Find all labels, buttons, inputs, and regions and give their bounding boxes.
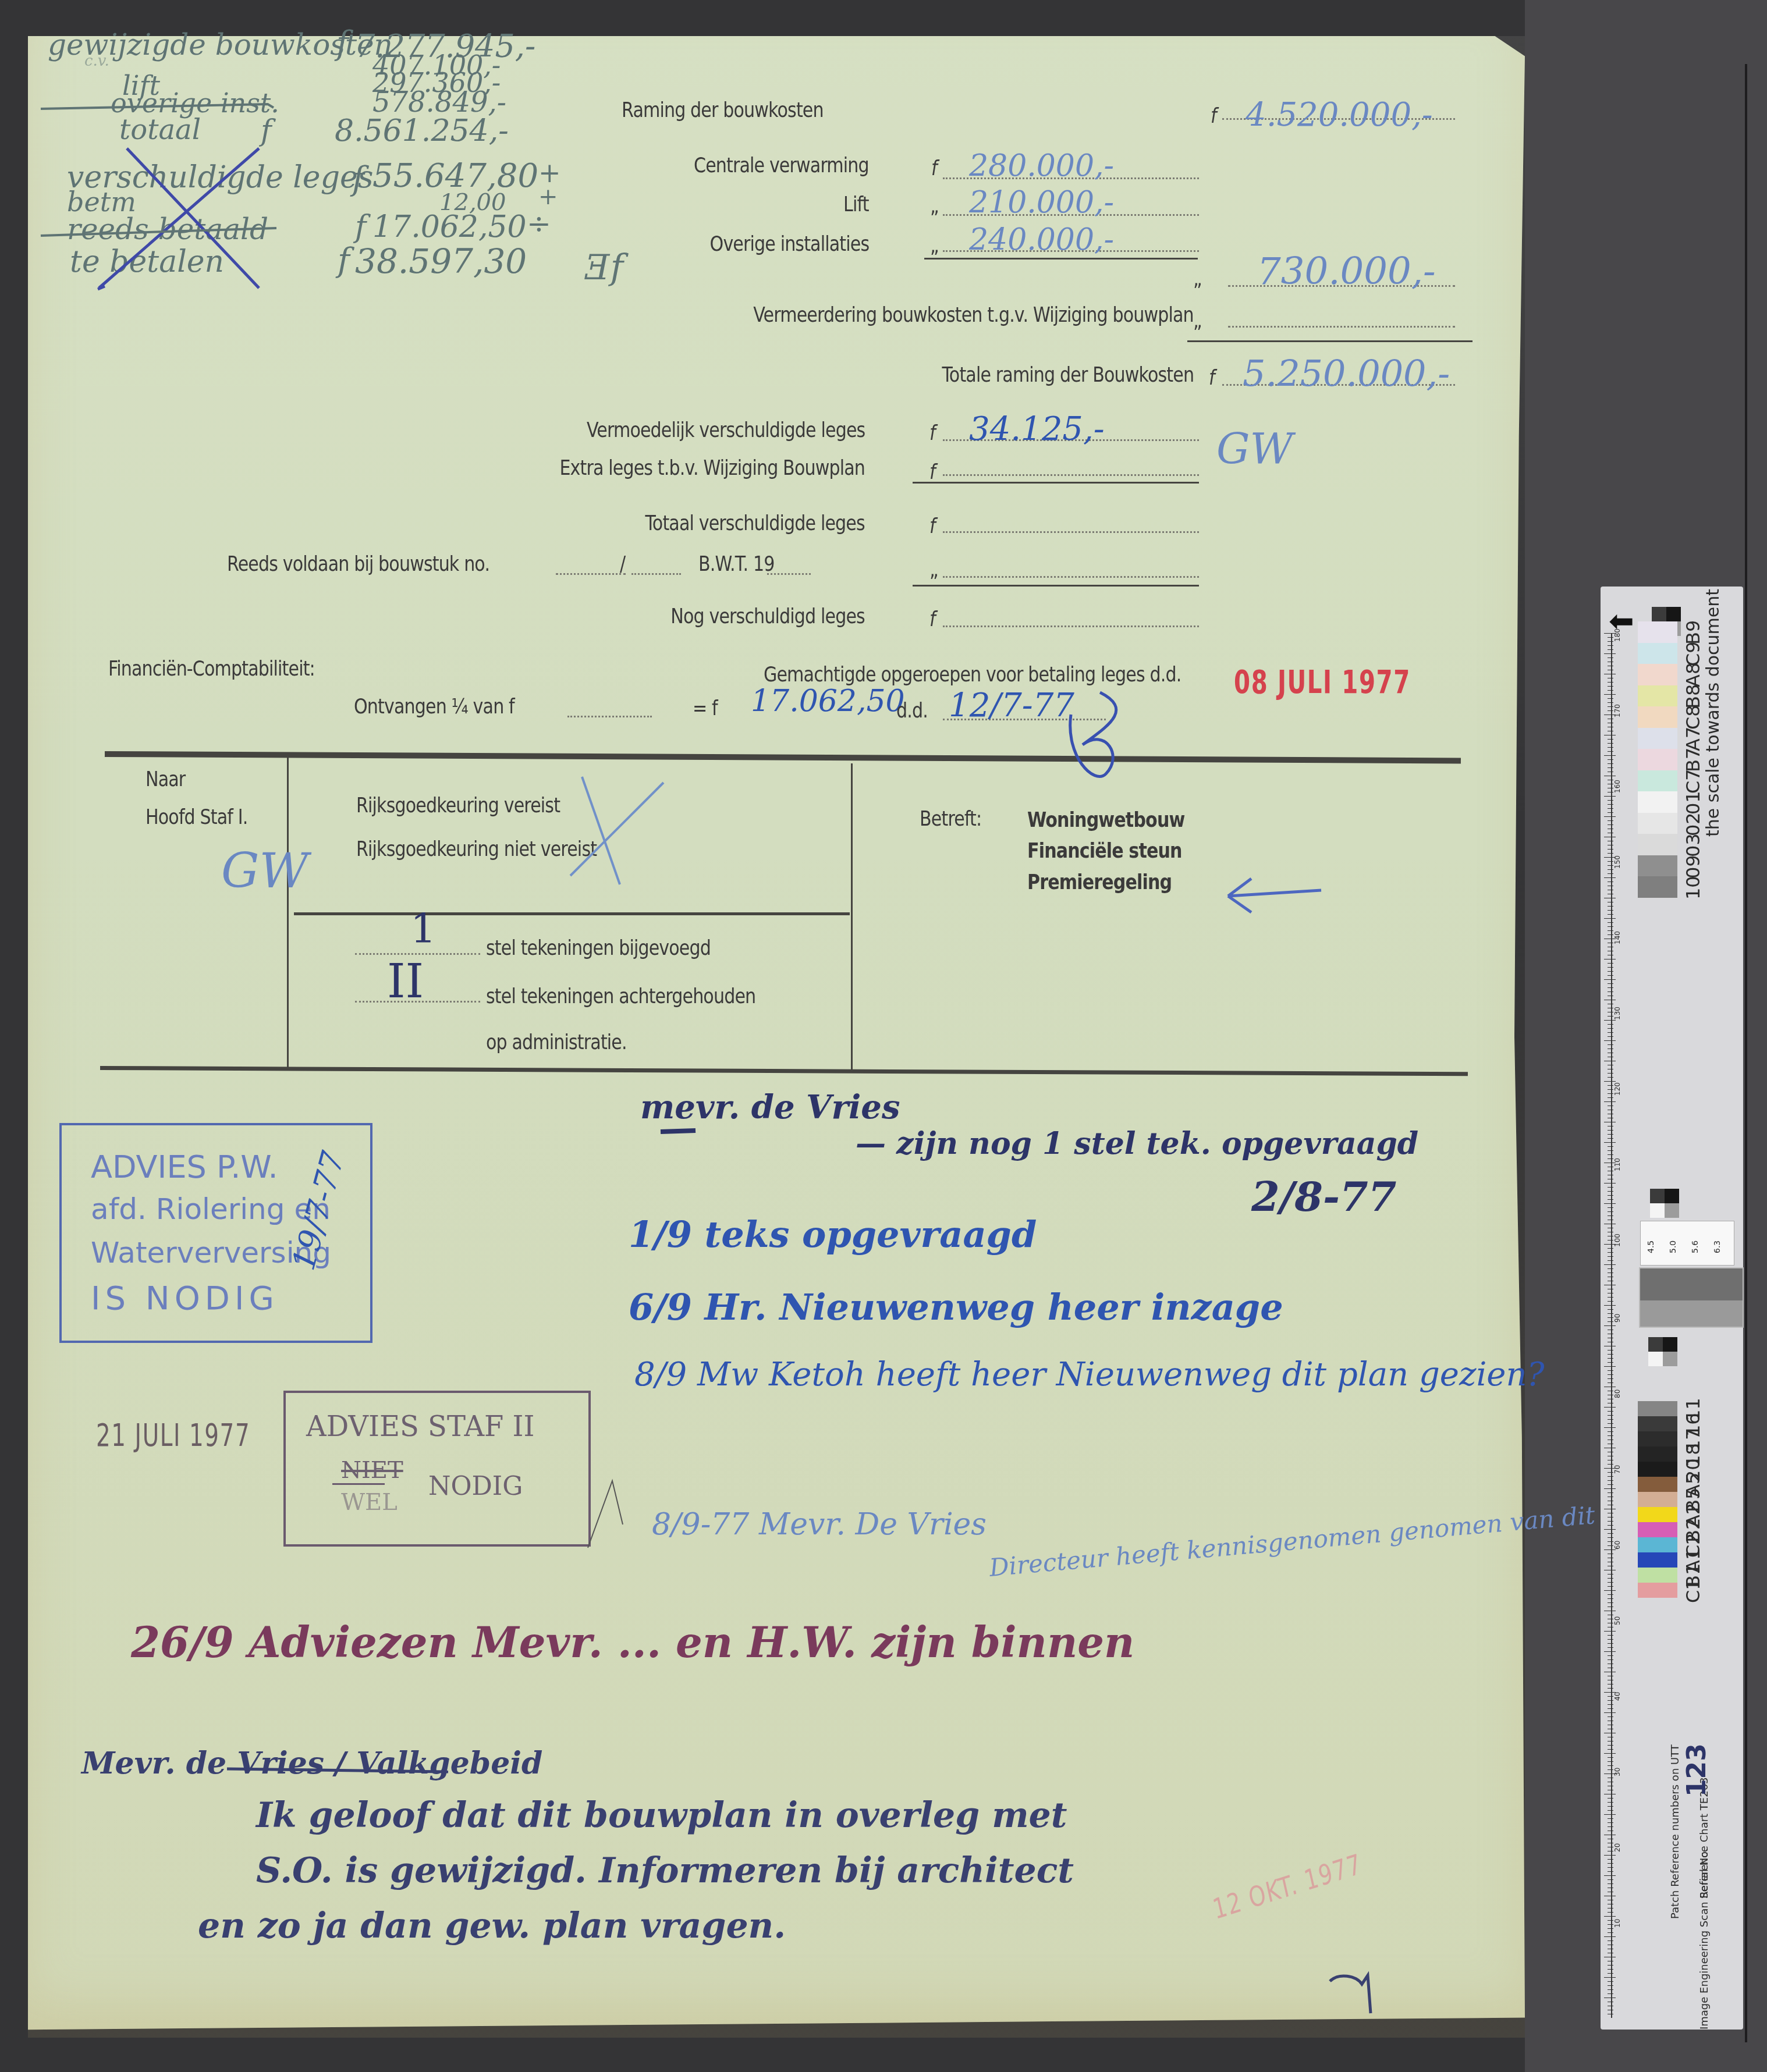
ruler-label: 150	[1613, 855, 1621, 869]
color-patch-B5	[1638, 1492, 1677, 1507]
ruler-label: 30	[1613, 1768, 1621, 1776]
resolution-mark: 5.6	[1691, 1241, 1700, 1253]
color-patch-A7	[1638, 728, 1677, 749]
resolution-mark: 4.5	[1647, 1241, 1656, 1253]
color-patch-09	[1638, 855, 1677, 877]
patch-label: 09	[1682, 855, 1704, 879]
color-patch-02	[1638, 813, 1677, 834]
color-patch-C8	[1638, 706, 1677, 728]
color-patch-18	[1638, 1447, 1677, 1462]
gray-square-target-mid	[1650, 1189, 1679, 1218]
serial-label: Serial No.	[1698, 1848, 1711, 1899]
chart-label: Image Engineering Scan Reference Chart T…	[1698, 1777, 1711, 2030]
scan-reference-chart: ⬅ 18017016015014013012011010090807060504…	[1601, 587, 1743, 2030]
ruler-label: 120	[1613, 1082, 1621, 1096]
patch-label: C1	[1682, 1578, 1704, 1603]
color-patch-B7	[1638, 749, 1677, 770]
color-patch-A2	[1638, 1507, 1677, 1522]
circle-date-mark	[1070, 692, 1116, 776]
arrow-premieregeling-icon	[1228, 879, 1321, 912]
serial-value: 123	[1682, 1743, 1712, 1797]
cross-rijksgoedkeuring	[570, 777, 663, 884]
resolution-target: 4.55.05.66.3	[1640, 1221, 1734, 1266]
color-patch-B2	[1638, 1522, 1677, 1537]
color-patch-20	[1638, 1462, 1677, 1477]
ruler-label: 160	[1613, 780, 1621, 793]
resolution-mark: 5.0	[1669, 1241, 1678, 1253]
color-patch-01	[1638, 791, 1677, 813]
ruler-label: 70	[1613, 1465, 1621, 1474]
ruler-label: 170	[1613, 704, 1621, 717]
ruler-label: 20	[1613, 1843, 1621, 1852]
ruler-label: 180	[1613, 628, 1621, 642]
color-patch-B8	[1638, 685, 1677, 707]
ruler-label: 80	[1613, 1389, 1621, 1398]
color-patch-C1	[1638, 1583, 1677, 1598]
patch-label: C7	[1682, 769, 1704, 794]
ruler-label: 60	[1613, 1541, 1621, 1549]
ruler-label: 50	[1613, 1616, 1621, 1625]
color-patch-C9	[1638, 643, 1677, 664]
gray-card	[1639, 1267, 1744, 1328]
ruler-label: 10	[1613, 1919, 1621, 1928]
color-patch-03	[1638, 834, 1677, 855]
color-patch-A8	[1638, 664, 1677, 685]
color-patch-A5	[1638, 1477, 1677, 1492]
color-patch-16	[1638, 1416, 1677, 1431]
annotation-bracket	[588, 1481, 623, 1548]
color-patch-11	[1638, 1401, 1677, 1416]
color-patch-C7	[1638, 770, 1677, 792]
color-patch-10	[1638, 876, 1677, 898]
color-patch-B9	[1638, 621, 1677, 643]
resolution-mark: 6.3	[1713, 1241, 1722, 1253]
checker-caption: the scale towards document	[1703, 589, 1723, 837]
patch-label: 03	[1682, 834, 1704, 858]
ruler-label: 40	[1613, 1692, 1621, 1701]
gray-square-target-low	[1648, 1337, 1677, 1366]
dash-mark	[661, 1131, 696, 1132]
strike-valkgebeid	[227, 1769, 448, 1772]
cross-out-calculation	[98, 148, 259, 289]
ruler-label: 130	[1613, 1007, 1621, 1020]
color-patch-A1	[1638, 1552, 1677, 1568]
hw-underlines	[41, 104, 276, 236]
patch-label: 10	[1682, 876, 1704, 900]
color-patch-C2	[1638, 1537, 1677, 1552]
patch-label: 02	[1682, 812, 1704, 836]
ruler-label: 100	[1613, 1234, 1621, 1247]
patch-label: 01	[1682, 791, 1704, 815]
ruler-label: 90	[1613, 1314, 1621, 1323]
ruler-label: 140	[1613, 931, 1621, 944]
signature-bottom	[1330, 1975, 1371, 2013]
color-patch-B1	[1638, 1568, 1677, 1583]
color-patch-17	[1638, 1431, 1677, 1447]
pen-strokes	[0, 0, 1767, 2072]
ruler-label: 110	[1613, 1158, 1621, 1171]
patch-caption: Patch Reference numbers on UTT	[1669, 1744, 1681, 1919]
